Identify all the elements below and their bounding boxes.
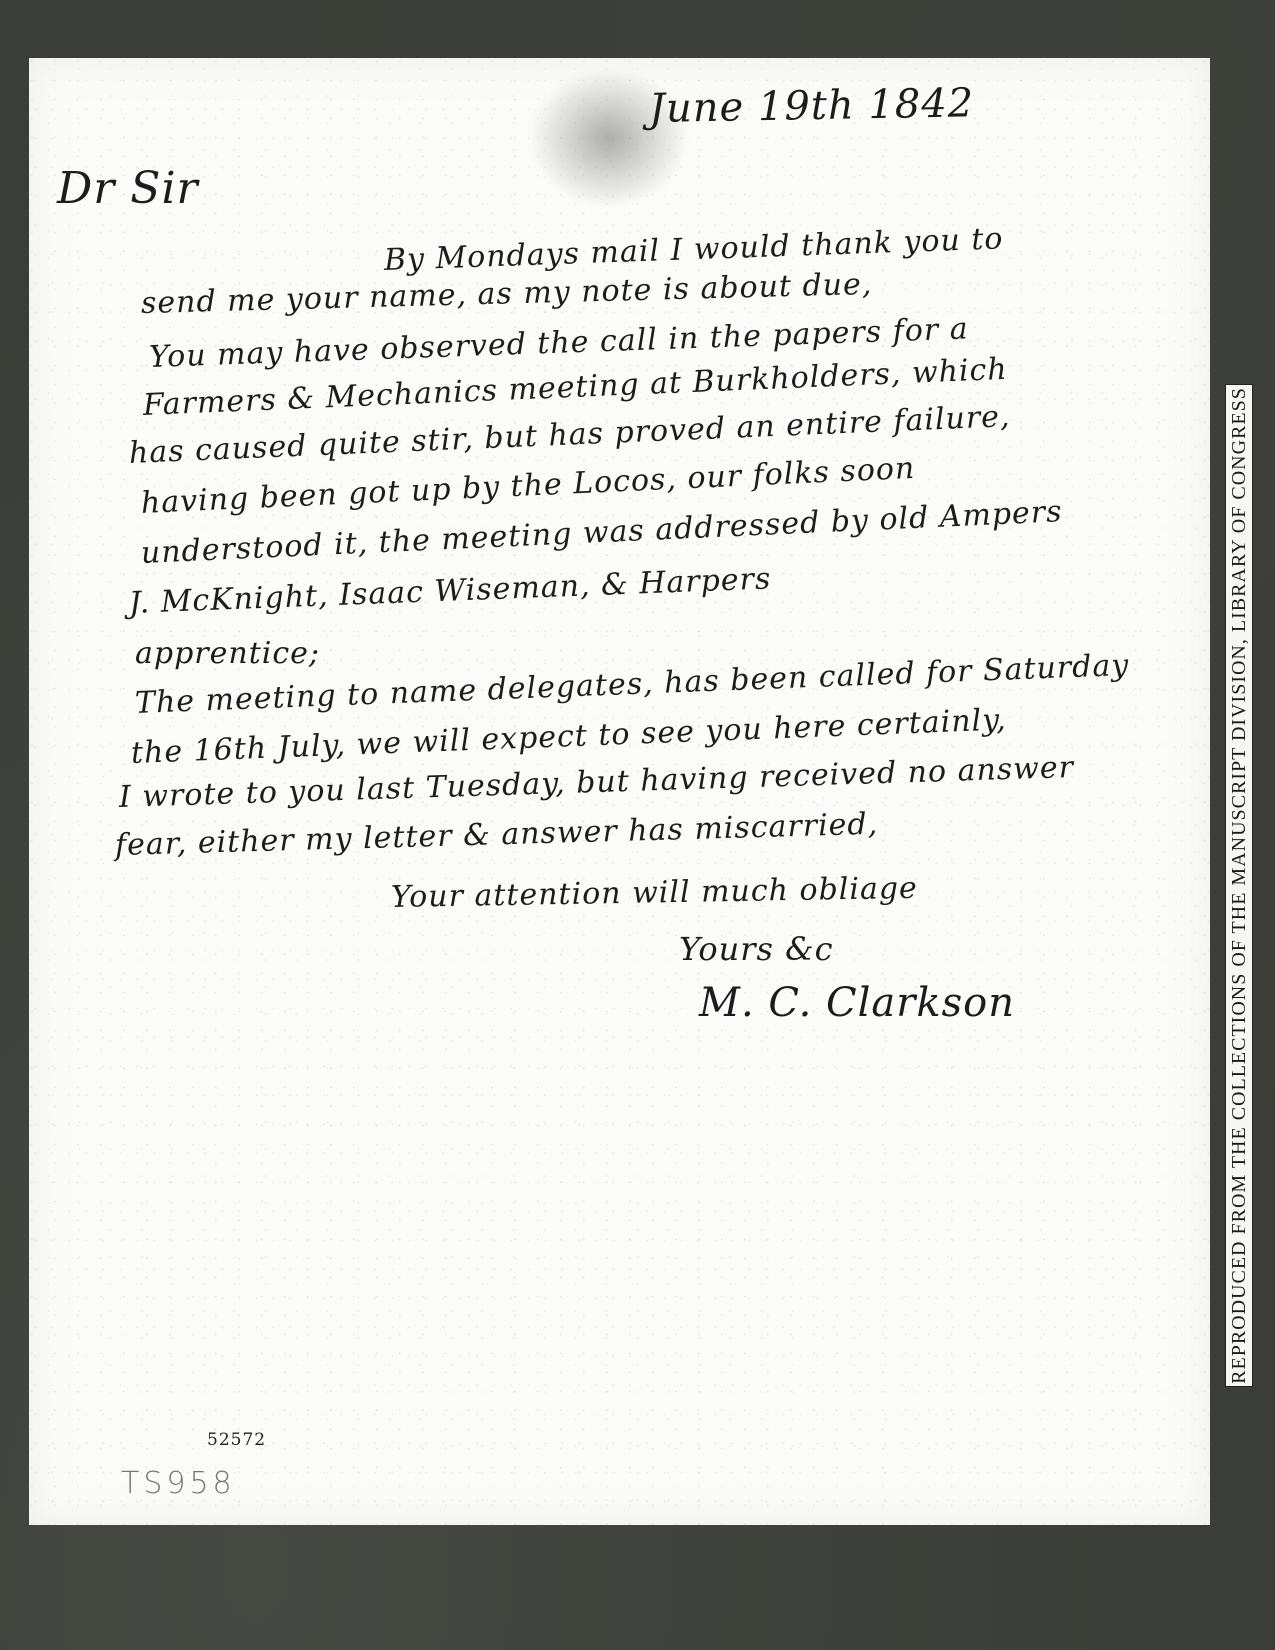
letter-date: June 19th 1842 [649,80,975,132]
signature: M. C. Clarkson [699,980,1015,1026]
closing: Yours &c [679,930,834,968]
body-line: By Mondays mail I would thank you to [383,221,1004,278]
letter-page: June 19th 1842 Dr Sir By Mondays mail I … [29,58,1210,1525]
body-line: send me your name, as my note is about d… [141,267,873,321]
library-of-congress-stamp: REPRODUCED FROM THE COLLECTIONS OF THE M… [1225,384,1253,1387]
salutation: Dr Sir [57,163,199,214]
body-line: apprentice; [135,636,320,671]
body-line: fear, either my letter & answer has misc… [115,807,879,863]
stamp-text: REPRODUCED FROM THE COLLECTIONS OF THE M… [1228,387,1251,1384]
archive-mark: TS958 [121,1466,236,1501]
document-number: 52572 [207,1430,266,1450]
body-line: J. McKnight, Isaac Wiseman, & Harpers [128,561,772,621]
body-line: Your attention will much obliage [391,871,918,915]
